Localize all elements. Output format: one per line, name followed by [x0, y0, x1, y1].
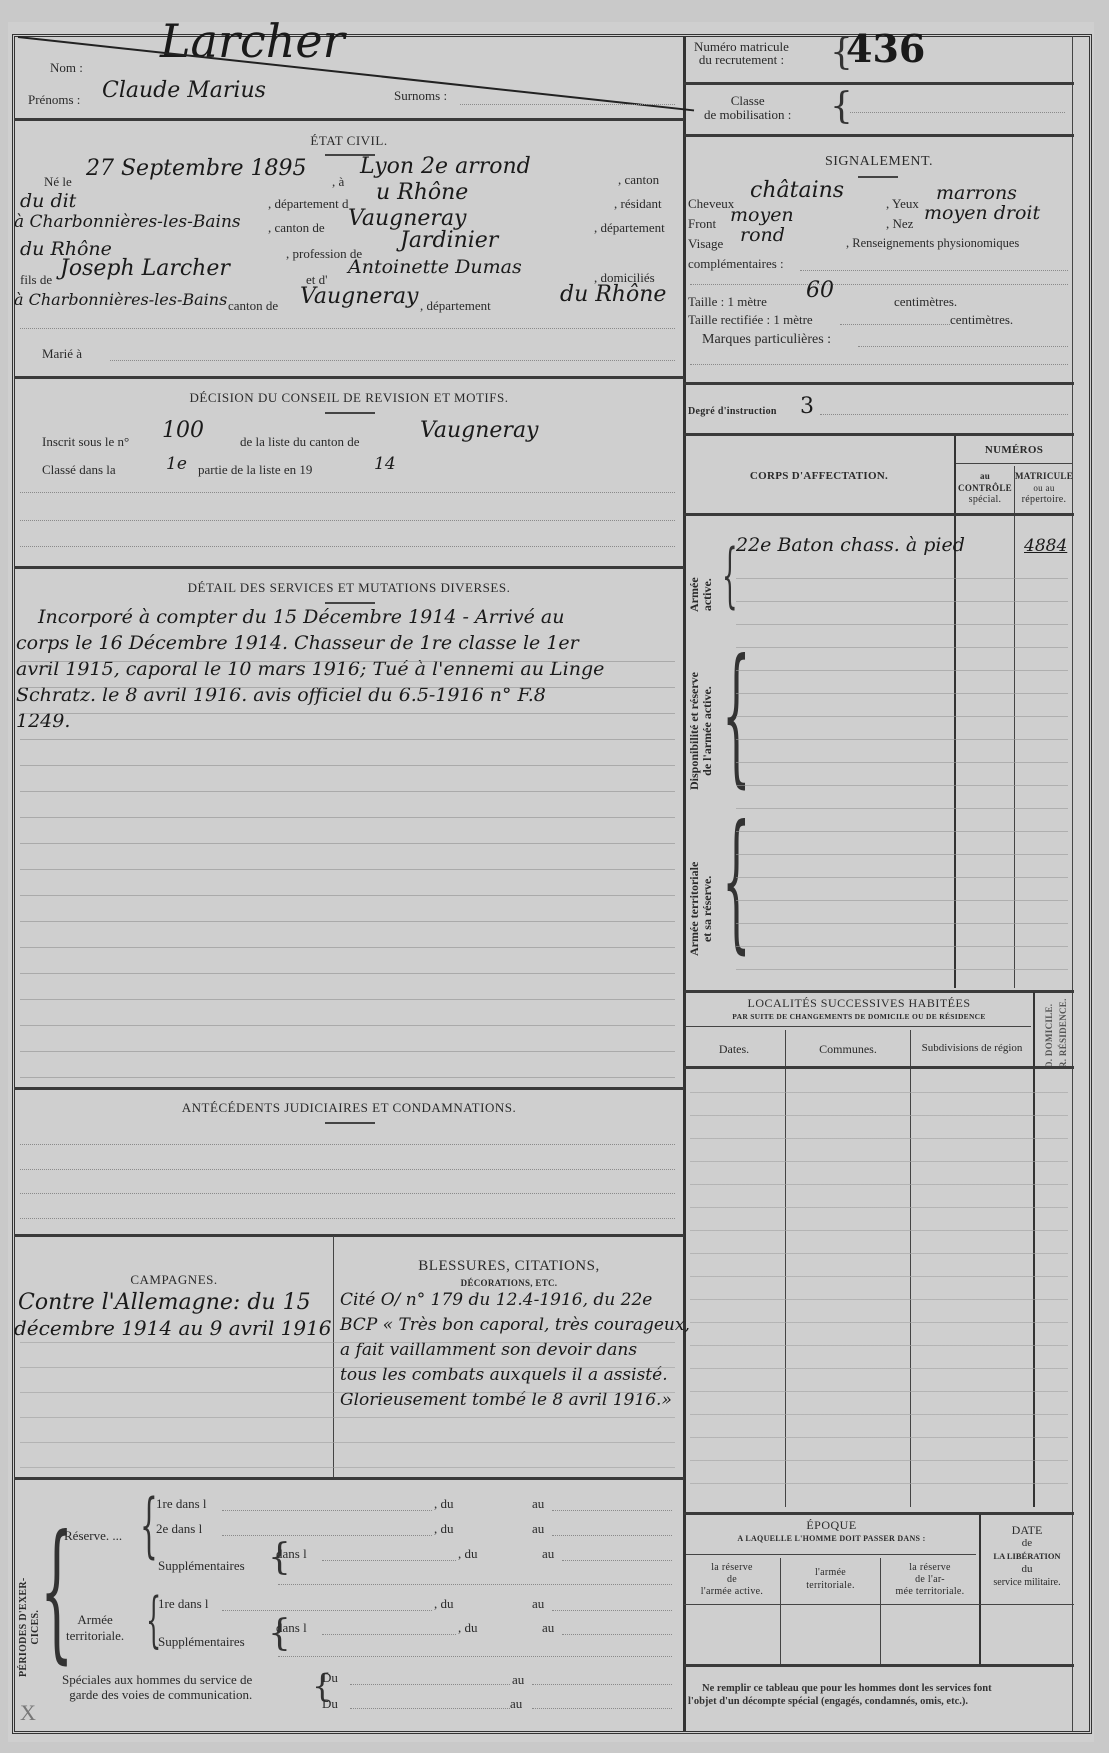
section-divider	[684, 1512, 1074, 1515]
ruled-line	[20, 1169, 675, 1170]
ruled-line	[20, 328, 675, 329]
ruled-line	[20, 546, 675, 547]
section-divider	[14, 1477, 684, 1480]
visage-value: rond	[740, 224, 785, 246]
nez-label: , Nez	[886, 216, 913, 232]
epoque-col-line: l'armée	[781, 1566, 880, 1579]
section-divider	[684, 1664, 1074, 1667]
taille-rect-label: Taille rectifiée : 1 mètre	[688, 312, 813, 328]
periode-du: , du	[434, 1521, 454, 1537]
matricule-label-2: du recrutement :	[694, 53, 789, 66]
epoque-underline	[686, 1554, 976, 1555]
epoque-col: l'armée territoriale.	[781, 1566, 880, 1592]
ruled-line	[278, 1584, 672, 1585]
yeux-label: , Yeux	[886, 196, 919, 212]
services-title: DÉTAIL DES SERVICES ET MUTATIONS DIVERSE…	[14, 580, 684, 596]
partie-label: partie de la liste en 19	[198, 462, 312, 478]
front-value: moyen	[730, 204, 794, 226]
periode-du: , du	[458, 1546, 478, 1562]
footnote-line-2: l'objet d'un décompte spécial (engagés, …	[688, 1695, 992, 1708]
departement-label: , département d	[268, 196, 349, 212]
inscrit-value: 100	[162, 418, 204, 443]
periode-au: au	[532, 1521, 544, 1537]
services-ruling	[20, 636, 675, 1086]
canton-label: , canton	[618, 172, 659, 188]
section-divider	[14, 566, 684, 569]
periode-au: au	[542, 1620, 554, 1636]
group-label-2: active.	[701, 577, 714, 612]
armee-terr-label: Armée territoriale.	[66, 1612, 124, 1644]
speciales-du: Du	[322, 1696, 338, 1712]
ne-le-value: 27 Septembre 1895	[86, 156, 306, 181]
pencil-mark: X	[20, 1700, 36, 1726]
matricule-divider	[684, 82, 1074, 85]
complementaires-label: complémentaires :	[688, 256, 784, 272]
right-edge-rule	[1072, 36, 1073, 1731]
date-title-3: LA LIBÉRATION	[980, 1550, 1074, 1563]
col-matricule-3: répertoire.	[1015, 494, 1073, 506]
etat-civil-title: ÉTAT CIVIL.	[14, 133, 684, 149]
group-label-2: et sa réserve.	[701, 862, 714, 956]
residant-label: , résidant	[614, 196, 662, 212]
ruled-line	[222, 1610, 432, 1611]
classe-line	[850, 112, 1065, 113]
periode-au: au	[532, 1596, 544, 1612]
ruled-line	[350, 1708, 510, 1709]
ruled-line	[800, 270, 1068, 271]
group-disponibilite: Disponibilité et réserve de l'armée acti…	[688, 672, 714, 790]
residant-value: à Charbonnières-les-Bains	[14, 212, 241, 232]
classe-dans-value: 1e	[166, 454, 187, 474]
canton-value: du dit	[20, 190, 76, 212]
periode-du: , du	[458, 1620, 478, 1636]
col-matricule: MATRICULE ou au répertoire.	[1015, 470, 1073, 506]
periodes-side-title-1: PÉRIODES D'EXER-	[18, 1577, 30, 1677]
marie-line	[110, 360, 675, 361]
footnote-line-1: Ne remplir ce tableau que pour les homme…	[688, 1682, 992, 1695]
group-territoriale: Armée territoriale et sa réserve.	[688, 862, 714, 956]
title-underline	[858, 176, 898, 178]
centimetres-label2: centimètres.	[950, 312, 1013, 328]
corps-header-divider	[684, 513, 1074, 516]
liste-label: de la liste du canton de	[240, 434, 360, 450]
campagnes-title: CAMPAGNES.	[14, 1272, 334, 1288]
section-divider	[684, 433, 1074, 436]
ruled-line	[20, 1218, 675, 1219]
col-matricule-1: MATRICULE	[1015, 470, 1073, 482]
date-liberation-title: DATE de LA LIBÉRATION du service militai…	[980, 1524, 1074, 1589]
localites-col-communes: Communes.	[786, 1042, 910, 1057]
ruled-line	[820, 414, 1068, 415]
profession-value: Jardinier	[400, 228, 498, 253]
periode-sub: dans l	[276, 1620, 307, 1636]
pere-value: Joseph Larcher	[60, 256, 230, 281]
epoque-col-line: la réserve	[881, 1562, 979, 1574]
header-divider-left	[14, 118, 684, 121]
ruled-line	[840, 324, 950, 325]
ruled-line	[552, 1535, 672, 1536]
footnote: Ne remplir ce tableau que pour les homme…	[688, 1682, 992, 1708]
taille-value: 60	[806, 278, 834, 303]
localites-subtitle: PAR SUITE DE CHANGEMENTS DE DOMICILE OU …	[684, 1012, 1034, 1021]
departement-value: u Rhône	[376, 180, 468, 205]
ruled-line	[322, 1634, 456, 1635]
ruled-line	[20, 520, 675, 521]
marie-label: Marié à	[42, 346, 82, 362]
classe-brace: {	[830, 86, 853, 127]
title-underline	[325, 1122, 375, 1124]
corps-entry: 22e Baton chass. à pied	[736, 534, 965, 556]
periode-label: Supplémentaires	[158, 1558, 245, 1574]
liste-value: Vaugneray	[420, 418, 539, 443]
domicile-canton-value: Vaugneray	[300, 284, 419, 309]
matricule-label: Numéro matricule du recrutement :	[694, 40, 789, 66]
speciales-label-1: Spéciales aux hommes du service de	[62, 1672, 252, 1687]
matricule-value: 436	[846, 26, 925, 71]
classe-dans-label: Classé dans la	[42, 462, 116, 478]
mere-value: Antoinette Dumas	[348, 256, 522, 278]
periode-label: 2e dans l	[156, 1521, 202, 1537]
annee-value: 14	[374, 454, 396, 474]
localites-side-2: R. RÉSIDENCE.	[1056, 998, 1070, 1068]
localites-side-1: D. DOMICILE.	[1042, 998, 1056, 1068]
ruled-line	[322, 1560, 456, 1561]
campagnes-line: Contre l'Allemagne: du 15	[18, 1290, 311, 1315]
epoque-col-line: de l'ar-	[881, 1574, 979, 1586]
nom-label: Nom :	[50, 60, 83, 76]
section-divider	[684, 990, 1074, 993]
epoque-col-line: de	[684, 1574, 780, 1586]
date-title-5: service militaire.	[980, 1576, 1074, 1589]
signalement-title: SIGNALEMENT.	[684, 154, 1074, 170]
domicile-dept-value: du Rhône	[560, 282, 666, 307]
epoque-header-divider	[684, 1604, 1074, 1605]
periode-label: 1re dans l	[158, 1596, 209, 1612]
ruled-line	[532, 1684, 672, 1685]
section-divider	[14, 1234, 684, 1237]
yeux-value: marrons	[936, 182, 1017, 204]
periode-label: Supplémentaires	[158, 1634, 245, 1650]
speciales-au: au	[512, 1672, 524, 1688]
ruled-line	[222, 1535, 432, 1536]
periode-sub: dans l	[276, 1546, 307, 1562]
matricule-entry: 4884	[1024, 536, 1067, 556]
date-title-4: du	[980, 1563, 1074, 1576]
birth-place-label: , à	[332, 174, 344, 190]
numeros-underline	[956, 463, 1072, 464]
speciales-du: Du	[322, 1670, 338, 1686]
numeros-title: NUMÉROS	[955, 444, 1073, 456]
ruled-line	[562, 1560, 672, 1561]
instruction-label: Degré d'instruction	[688, 406, 777, 417]
periodes-side-title: PÉRIODES D'EXER- CICES.	[18, 1577, 42, 1677]
decision-title: DÉCISION DU CONSEIL DE REVISION ET MOTIF…	[14, 390, 684, 406]
localites-col-subdivisions: Subdivisions de région	[911, 1042, 1033, 1054]
epoque-col-line: l'armée active.	[684, 1586, 780, 1598]
localites-title: LOCALITÉS SUCCESSIVES HABITÉES	[684, 996, 1034, 1011]
blessures-subtitle: DÉCORATIONS, ETC.	[334, 1278, 684, 1288]
periode-du: , du	[434, 1496, 454, 1512]
renseignements-label: , Renseignements physionomiques	[846, 236, 1019, 251]
speciales-label: Spéciales aux hommes du service de garde…	[62, 1672, 252, 1702]
surnoms-label: Surnoms :	[394, 88, 447, 104]
birth-place-value: Lyon 2e arrond	[360, 154, 531, 179]
prenoms-value: Claude Marius	[102, 78, 266, 103]
visage-label: Visage	[688, 236, 723, 252]
corps-ruling	[736, 556, 1068, 984]
services-line: Incorporé à compter du 15 Décembre 1914 …	[16, 606, 681, 632]
cheveux-label: Cheveux	[688, 196, 734, 212]
ruled-line	[222, 1510, 432, 1511]
col-controle-3: spécial.	[956, 494, 1014, 506]
surnoms-line	[460, 104, 675, 105]
epoque-col: la réserve de l'armée active.	[684, 1562, 780, 1598]
epoque-subtitle: A LAQUELLE L'HOMME DOIT PASSER DANS :	[684, 1534, 979, 1543]
col-controle-2: CONTRÔLE	[956, 482, 1014, 494]
ruled-line	[350, 1684, 510, 1685]
section-divider	[14, 1087, 684, 1090]
taille-label: Taille : 1 mètre	[688, 294, 767, 310]
departement2-label: , département	[594, 220, 665, 236]
col-controle-1: au	[956, 470, 1014, 482]
ne-le-label: Né le	[44, 174, 72, 190]
nom-value: Larcher	[160, 14, 345, 68]
localites-col-dates: Dates.	[684, 1042, 784, 1057]
localites-underline	[686, 1026, 1031, 1027]
ruled-line	[532, 1708, 672, 1709]
date-title-2: de	[980, 1537, 1074, 1550]
epoque-col-line: la réserve	[684, 1562, 780, 1574]
epoque-title: ÉPOQUE	[684, 1518, 979, 1533]
ruled-line	[858, 346, 1068, 347]
periode-du: , du	[434, 1596, 454, 1612]
ruled-line	[552, 1510, 672, 1511]
title-underline	[325, 602, 375, 604]
epoque-col-line: mée territoriale.	[881, 1586, 979, 1598]
inscrit-label: Inscrit sous le n°	[42, 434, 129, 450]
epoque-col-line: territoriale.	[781, 1579, 880, 1592]
antecedents-title: ANTÉCÉDENTS JUDICIAIRES ET CONDAMNATIONS…	[14, 1100, 684, 1116]
periode-label: 1re dans l	[156, 1496, 207, 1512]
reserve-label: Réserve. ...	[64, 1528, 122, 1544]
epoque-col: la réserve de l'ar- mée territoriale.	[881, 1562, 979, 1598]
domicile-value: à Charbonnières-les-Bains	[14, 290, 227, 309]
prenoms-label: Prénoms :	[28, 92, 80, 108]
nez-value: moyen droit	[924, 202, 1040, 224]
corps-title: CORPS D'AFFECTATION.	[684, 470, 954, 482]
marques-label: Marques particulières :	[702, 332, 831, 348]
localites-side: D. DOMICILE. R. RÉSIDENCE.	[1042, 998, 1070, 1068]
periode-au: au	[532, 1496, 544, 1512]
periode-au: au	[542, 1546, 554, 1562]
speciales-label-2: garde des voies de communication.	[62, 1687, 252, 1702]
ruled-line	[562, 1634, 672, 1635]
col-matricule-2: ou au	[1015, 482, 1073, 494]
localites-ruling	[690, 1070, 1068, 1502]
instruction-value: 3	[800, 394, 814, 419]
speciales-au: au	[510, 1696, 522, 1712]
classe-label-1: Classe	[704, 94, 791, 108]
col-controle: au CONTRÔLE spécial.	[956, 470, 1014, 506]
blessures-line: Cité O/ n° 179 du 12.4-1916, du 22e	[340, 1290, 690, 1315]
group-armee-active: Armée active.	[688, 577, 714, 612]
armee-terr-label-2: territoriale.	[66, 1628, 124, 1644]
campagnes-ruling	[20, 1318, 675, 1473]
ruled-line	[20, 492, 675, 493]
armee-terr-label-1: Armée	[66, 1612, 124, 1628]
fils-label: fils de	[20, 272, 52, 288]
ruled-line	[690, 364, 1068, 365]
ruled-line	[278, 1656, 672, 1657]
residant-canton-label: , canton de	[268, 220, 325, 236]
ruled-line	[552, 1610, 672, 1611]
domicile-dept-label: , département	[420, 298, 491, 314]
blessures-title: BLESSURES, CITATIONS,	[334, 1258, 684, 1275]
title-underline	[325, 412, 375, 414]
date-title-1: DATE	[980, 1524, 1074, 1537]
cheveux-value: châtains	[750, 178, 844, 203]
section-divider	[14, 376, 684, 379]
front-label: Front	[688, 216, 716, 232]
section-divider	[684, 382, 1074, 385]
classe-label: Classe de mobilisation :	[704, 94, 791, 122]
header-divider-right	[684, 134, 1074, 137]
domicile-canton-label: canton de	[228, 298, 278, 314]
centimetres-label: centimètres.	[894, 294, 957, 310]
classe-label-2: de mobilisation :	[704, 108, 791, 122]
localites-header-divider	[684, 1066, 1074, 1069]
group-label-2: de l'armée active.	[701, 672, 714, 790]
ruled-line	[690, 284, 1068, 285]
ruled-line	[20, 1144, 675, 1145]
ruled-line	[20, 1193, 675, 1194]
